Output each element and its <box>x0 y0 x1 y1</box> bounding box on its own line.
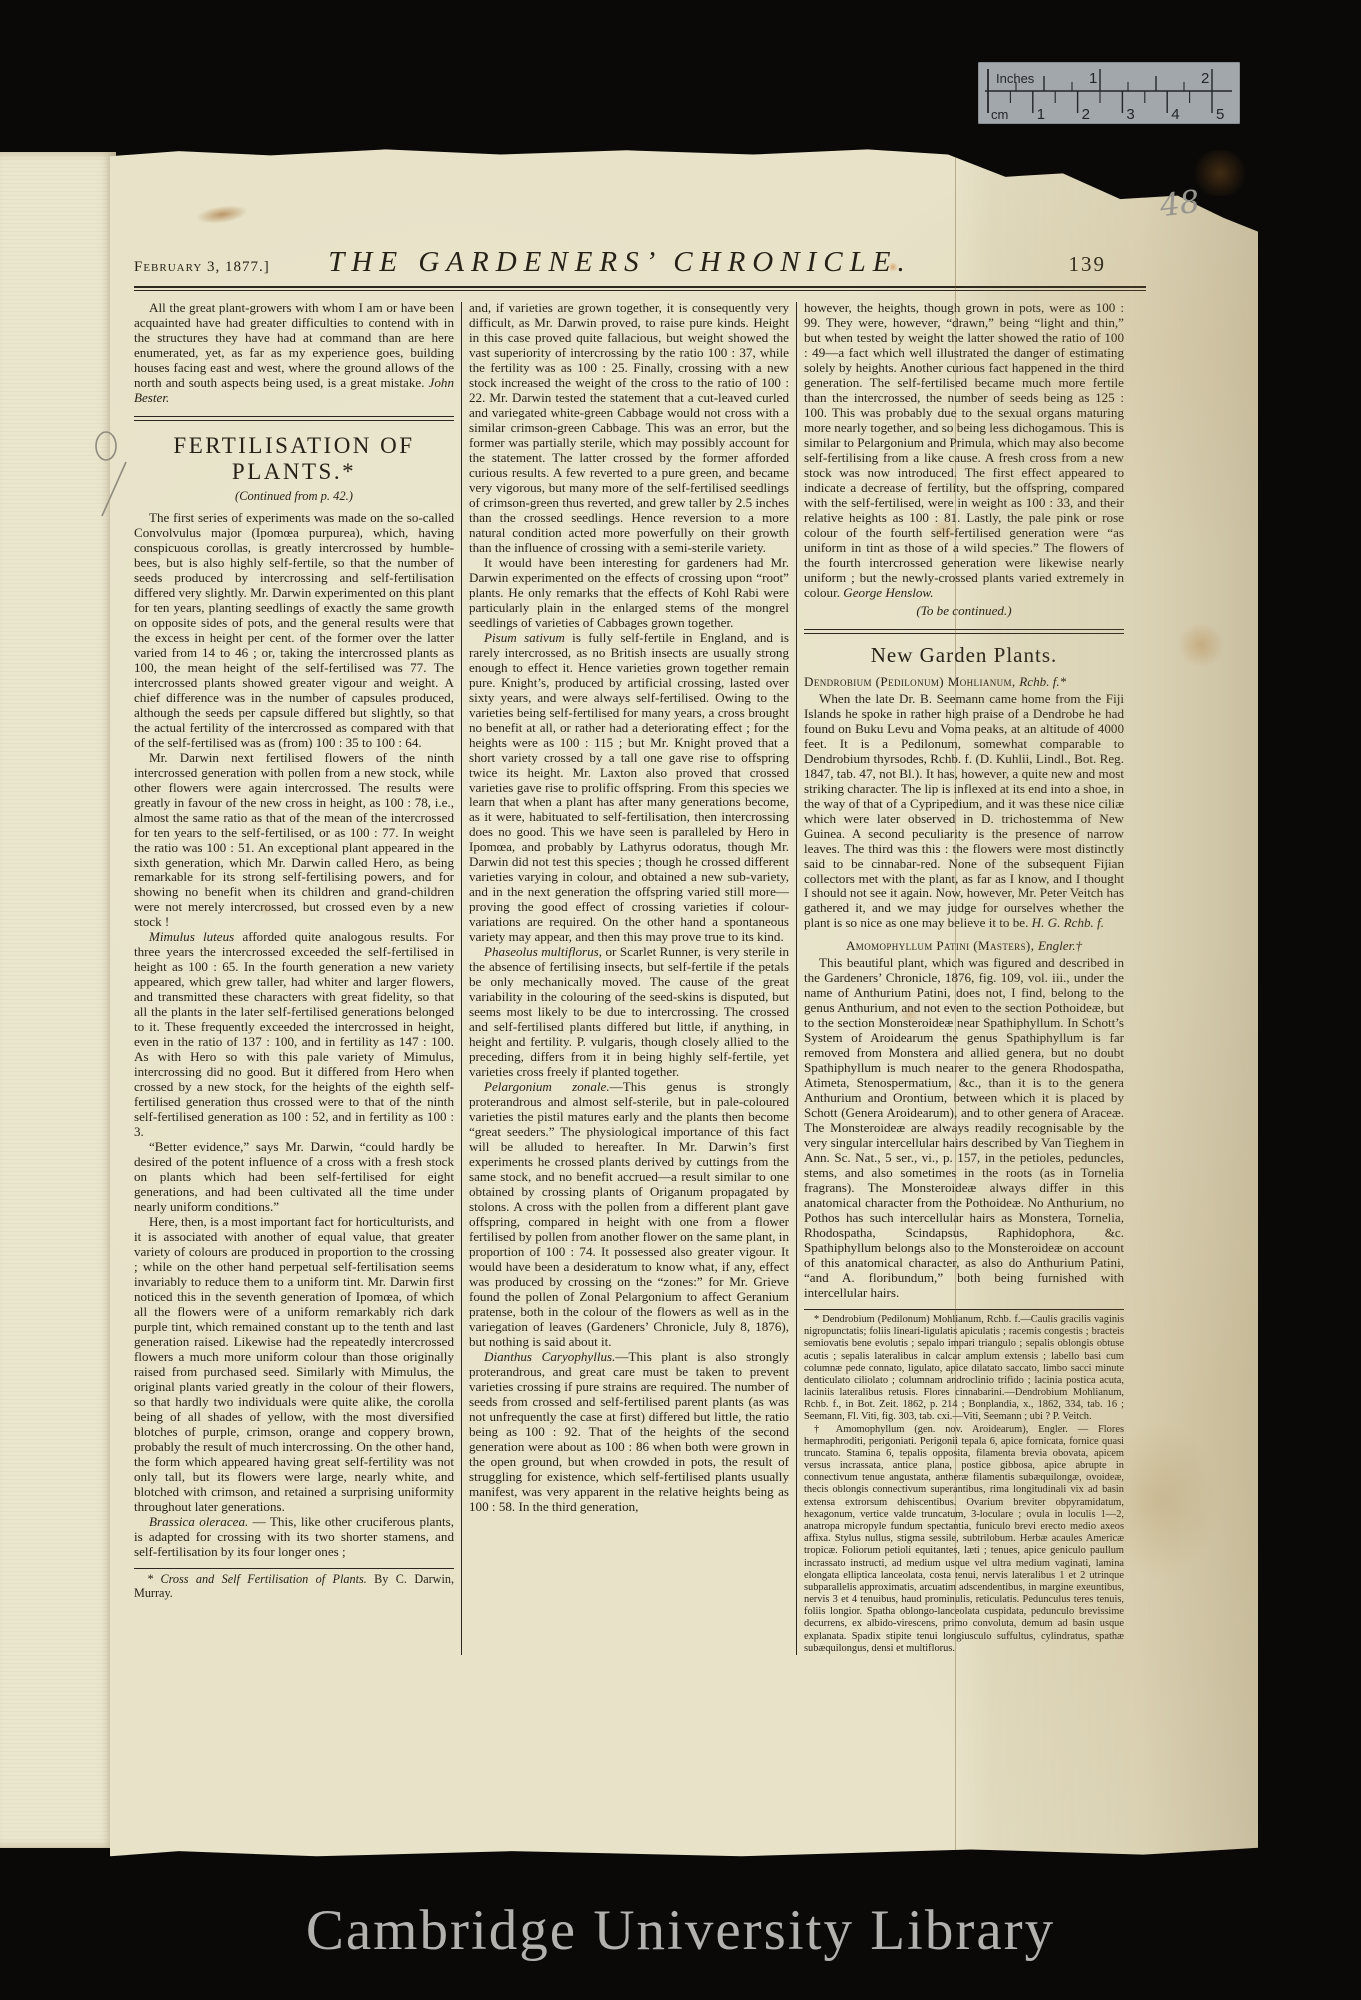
body-paragraph: Brassica oleracea. — This, like other cr… <box>134 1514 454 1559</box>
masthead-title: THE GARDENERS’ CHRONICLE. <box>328 246 911 279</box>
body-paragraph: however, the heights, though grown in po… <box>804 300 1124 600</box>
continuation-note: (Continued from p. 42.) <box>134 489 454 503</box>
body-paragraph: Phaseolus multiflorus, or Scarlet Runner… <box>469 944 789 1079</box>
body-paragraph: Pelargonium zonale.—This genus is strong… <box>469 1079 789 1349</box>
body-paragraph: Mimulus luteus afforded quite analogous … <box>134 929 454 1139</box>
column-1: All the great plant-growers with whom I … <box>134 300 454 1655</box>
ruler-inches-label: Inches <box>996 71 1035 86</box>
library-watermark: Cambridge University Library <box>0 1898 1361 1963</box>
to-be-continued-note: (To be continued.) <box>804 603 1124 618</box>
body-paragraph: Dianthus Caryophyllus.—This plant is als… <box>469 1349 789 1514</box>
pencil-annotation-48: 48 <box>1158 184 1202 225</box>
footnote-rule <box>804 1309 1124 1310</box>
ruler-cm-label: cm <box>991 107 1008 122</box>
facing-page-edge <box>0 152 116 1848</box>
body-paragraph: When the late Dr. B. Seemann came home f… <box>804 691 1124 931</box>
footnote-rule <box>134 1568 454 1569</box>
ruler-graphic: Inches12cm12345 <box>978 62 1240 124</box>
body-paragraph: and, if varieties are grown together, it… <box>469 300 789 555</box>
ruler-cm-number: 4 <box>1171 106 1179 123</box>
footnote-text: * Dendrobium (Pedilonum) Mohlianum, Rchb… <box>804 1314 1124 1424</box>
column-3: however, the heights, though grown in po… <box>804 300 1124 1655</box>
columns: All the great plant-growers with whom I … <box>134 300 1146 1655</box>
pencil-margin-mark <box>92 428 136 520</box>
body-paragraph: Pisum sativum is fully self-fertile in E… <box>469 630 789 945</box>
stain <box>1190 150 1250 196</box>
species-heading: Dendrobium (Pedilonum) Mohlianum, Rchb. … <box>804 674 1124 689</box>
ruler-inch-number: 1 <box>1089 70 1097 87</box>
body-paragraph: “Better evidence,” says Mr. Darwin, “cou… <box>134 1139 454 1214</box>
ruler-cm-number: 1 <box>1037 106 1045 123</box>
ruler-cm-number: 3 <box>1126 106 1134 123</box>
footnote-text: † Amomophyllum (gen. nov. Aroidearum), E… <box>804 1424 1124 1655</box>
body-paragraph: Mr. Darwin next fertilised flowers of th… <box>134 750 454 930</box>
print-area: February 3, 1877.] THE GARDENERS’ CHRONI… <box>134 146 1146 1655</box>
column-rule <box>461 302 462 1655</box>
article-heading: FERTILISATION OF PLANTS.* <box>134 433 454 486</box>
ruler-cm-number: 2 <box>1082 106 1090 123</box>
header-date: February 3, 1877.] <box>134 259 328 276</box>
page-number: 139 <box>912 252 1146 277</box>
scanned-page: February 3, 1877.] THE GARDENERS’ CHRONI… <box>110 146 1258 1858</box>
body-paragraph: The first series of experiments was made… <box>134 510 454 750</box>
page-header: February 3, 1877.] THE GARDENERS’ CHRONI… <box>134 146 1146 279</box>
section-divider-rule <box>134 416 454 421</box>
ruler: Inches12cm12345 <box>978 62 1240 129</box>
ruler-inch-number: 2 <box>1201 70 1209 87</box>
body-paragraph: All the great plant-growers with whom I … <box>134 300 454 405</box>
column-rule <box>796 302 797 1655</box>
body-paragraph: This beautiful plant, which was figured … <box>804 955 1124 1300</box>
section-divider-rule <box>804 629 1124 634</box>
body-paragraph: It would have been interesting for garde… <box>469 555 789 630</box>
ruler-cm-number: 5 <box>1216 106 1224 123</box>
footnote-text: * Cross and Self Fertilisation of Plants… <box>134 1573 454 1601</box>
column-2: and, if varieties are grown together, it… <box>469 300 789 1655</box>
header-rule <box>134 286 1146 291</box>
photo-background: { "watermark": "Cambridge University Lib… <box>0 0 1361 2000</box>
species-heading: Amomophyllum Patini (Masters), Engler.† <box>804 938 1124 953</box>
section-heading: New Garden Plants. <box>804 643 1124 667</box>
body-paragraph: Here, then, is a most important fact for… <box>134 1214 454 1514</box>
